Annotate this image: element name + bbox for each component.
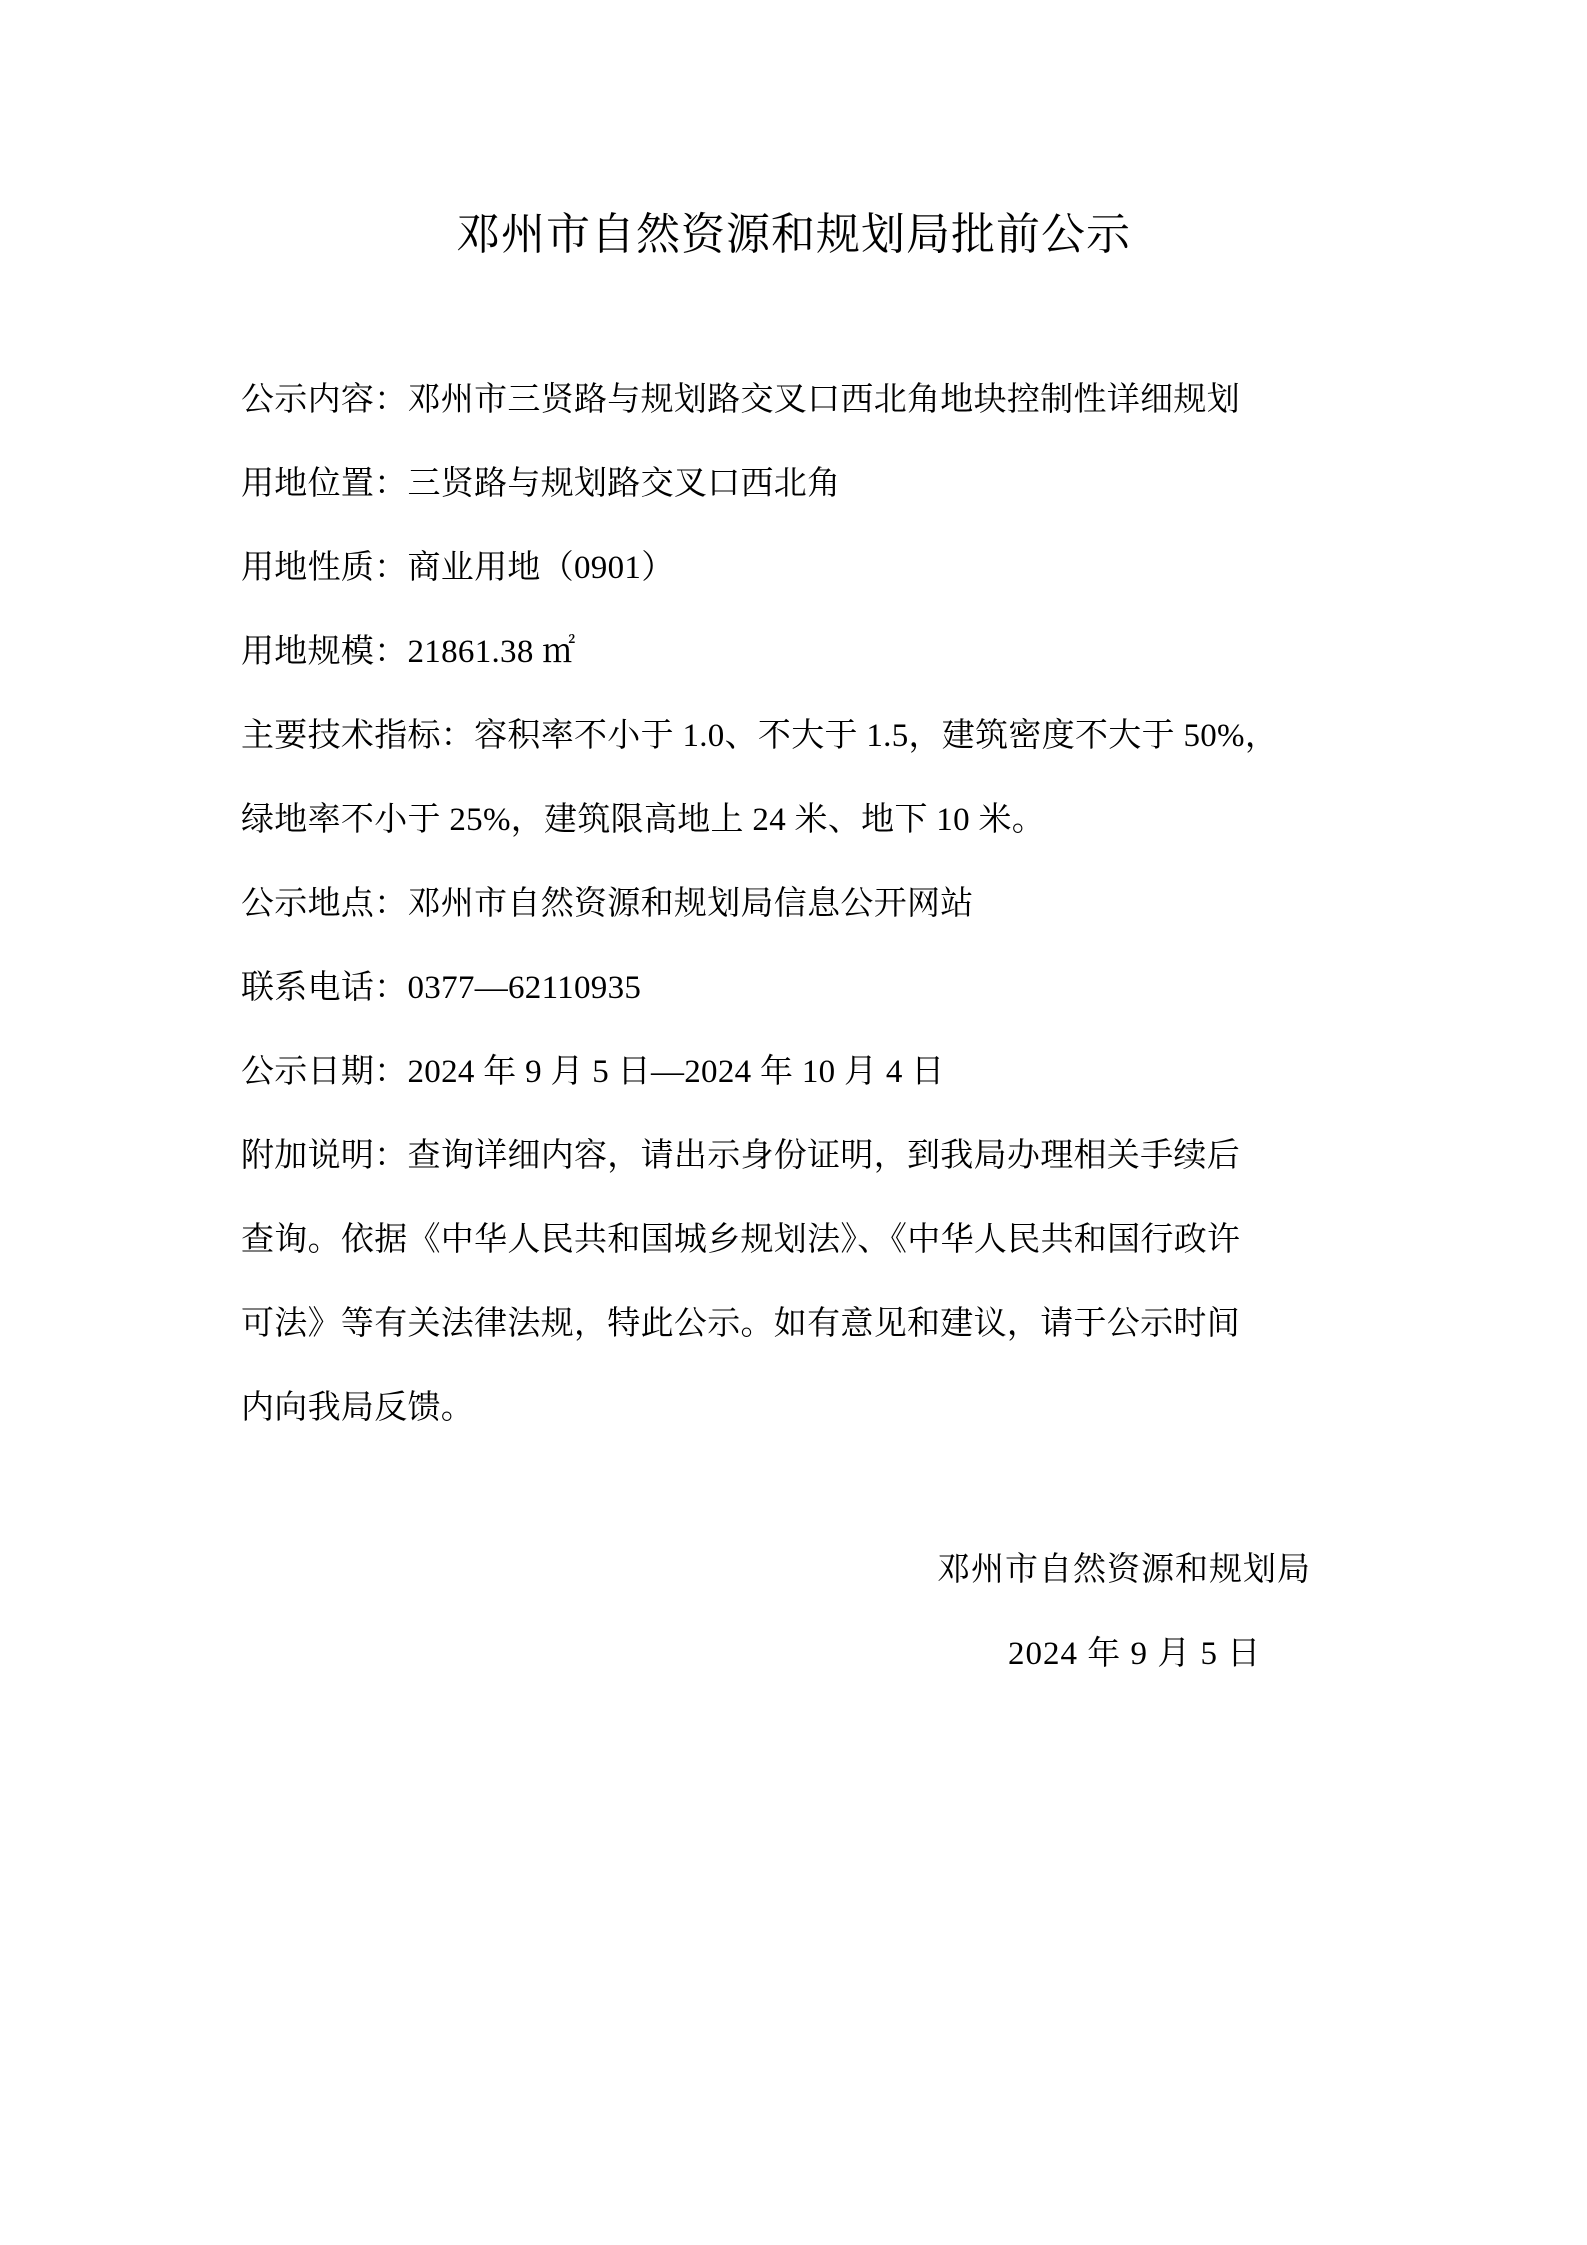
field-label: 公示日期： [241,1054,408,1090]
field-note-cont: 可法》等有关法律法规，特此公示。如有意见和建议，请于公示时间 [241,1294,1353,1378]
field-label: 用地性质： [241,550,408,586]
signature-date: 2024 年 9 月 5 日 [1008,1624,1261,1684]
field-value: 邓州市三贤路与规划路交叉口西北角地块控制性详细规划 [408,382,1241,418]
field-value: 21861.38 ㎡ [408,634,576,670]
field-land-use: 用地性质：商业用地（0901） [241,538,1353,622]
field-label: 主要技术指标： [241,718,474,754]
field-note-cont: 查询。依据《中华人民共和国城乡规划法》、《中华人民共和国行政许 [241,1210,1353,1294]
field-note-cont: 内向我局反馈。 [241,1378,1353,1462]
field-value: 邓州市自然资源和规划局信息公开网站 [408,886,974,922]
field-tech-indicators-cont: 绿地率不小于 25%，建筑限高地上 24 米、地下 10 米。 [241,790,1353,874]
field-note: 附加说明：查询详细内容，请出示身份证明，到我局办理相关手续后 [241,1126,1353,1210]
field-label: 用地规模： [241,634,408,670]
field-location: 用地位置：三贤路与规划路交叉口西北角 [241,454,1353,538]
field-value: 0377—62110935 [408,970,642,1006]
field-value: 绿地率不小于 25%，建筑限高地上 24 米、地下 10 米。 [241,802,1045,838]
field-value: 内向我局反馈。 [241,1390,474,1426]
field-value: 三贤路与规划路交叉口西北角 [408,466,841,502]
field-value: 商业用地（0901） [408,550,675,586]
document-title: 邓州市自然资源和规划局批前公示 [0,205,1587,265]
field-publicity-place: 公示地点：邓州市自然资源和规划局信息公开网站 [241,874,1353,958]
field-publicity-date: 公示日期：2024 年 9 月 5 日—2024 年 10 月 4 日 [241,1042,1353,1126]
signature-organization: 邓州市自然资源和规划局 [937,1540,1311,1600]
document-body: 公示内容：邓州市三贤路与规划路交叉口西北角地块控制性详细规划 用地位置：三贤路与… [241,370,1353,1462]
field-label: 附加说明： [241,1138,408,1174]
field-label: 公示地点： [241,886,408,922]
field-value: 容积率不小于 1.0、不大于 1.5，建筑密度不大于 50%， [474,718,1278,754]
field-label: 公示内容： [241,382,408,418]
field-land-area: 用地规模：21861.38 ㎡ [241,622,1353,706]
field-label: 用地位置： [241,466,408,502]
field-content: 公示内容：邓州市三贤路与规划路交叉口西北角地块控制性详细规划 [241,370,1353,454]
field-value: 查询。依据《中华人民共和国城乡规划法》、《中华人民共和国行政许 [241,1222,1240,1258]
field-contact-phone: 联系电话：0377—62110935 [241,958,1353,1042]
field-tech-indicators: 主要技术指标：容积率不小于 1.0、不大于 1.5，建筑密度不大于 50%， [241,706,1353,790]
field-value: 2024 年 9 月 5 日—2024 年 10 月 4 日 [408,1054,945,1090]
field-value: 可法》等有关法律法规，特此公示。如有意见和建议，请于公示时间 [241,1306,1240,1342]
field-value: 查询详细内容，请出示身份证明，到我局办理相关手续后 [408,1138,1241,1174]
field-label: 联系电话： [241,970,408,1006]
